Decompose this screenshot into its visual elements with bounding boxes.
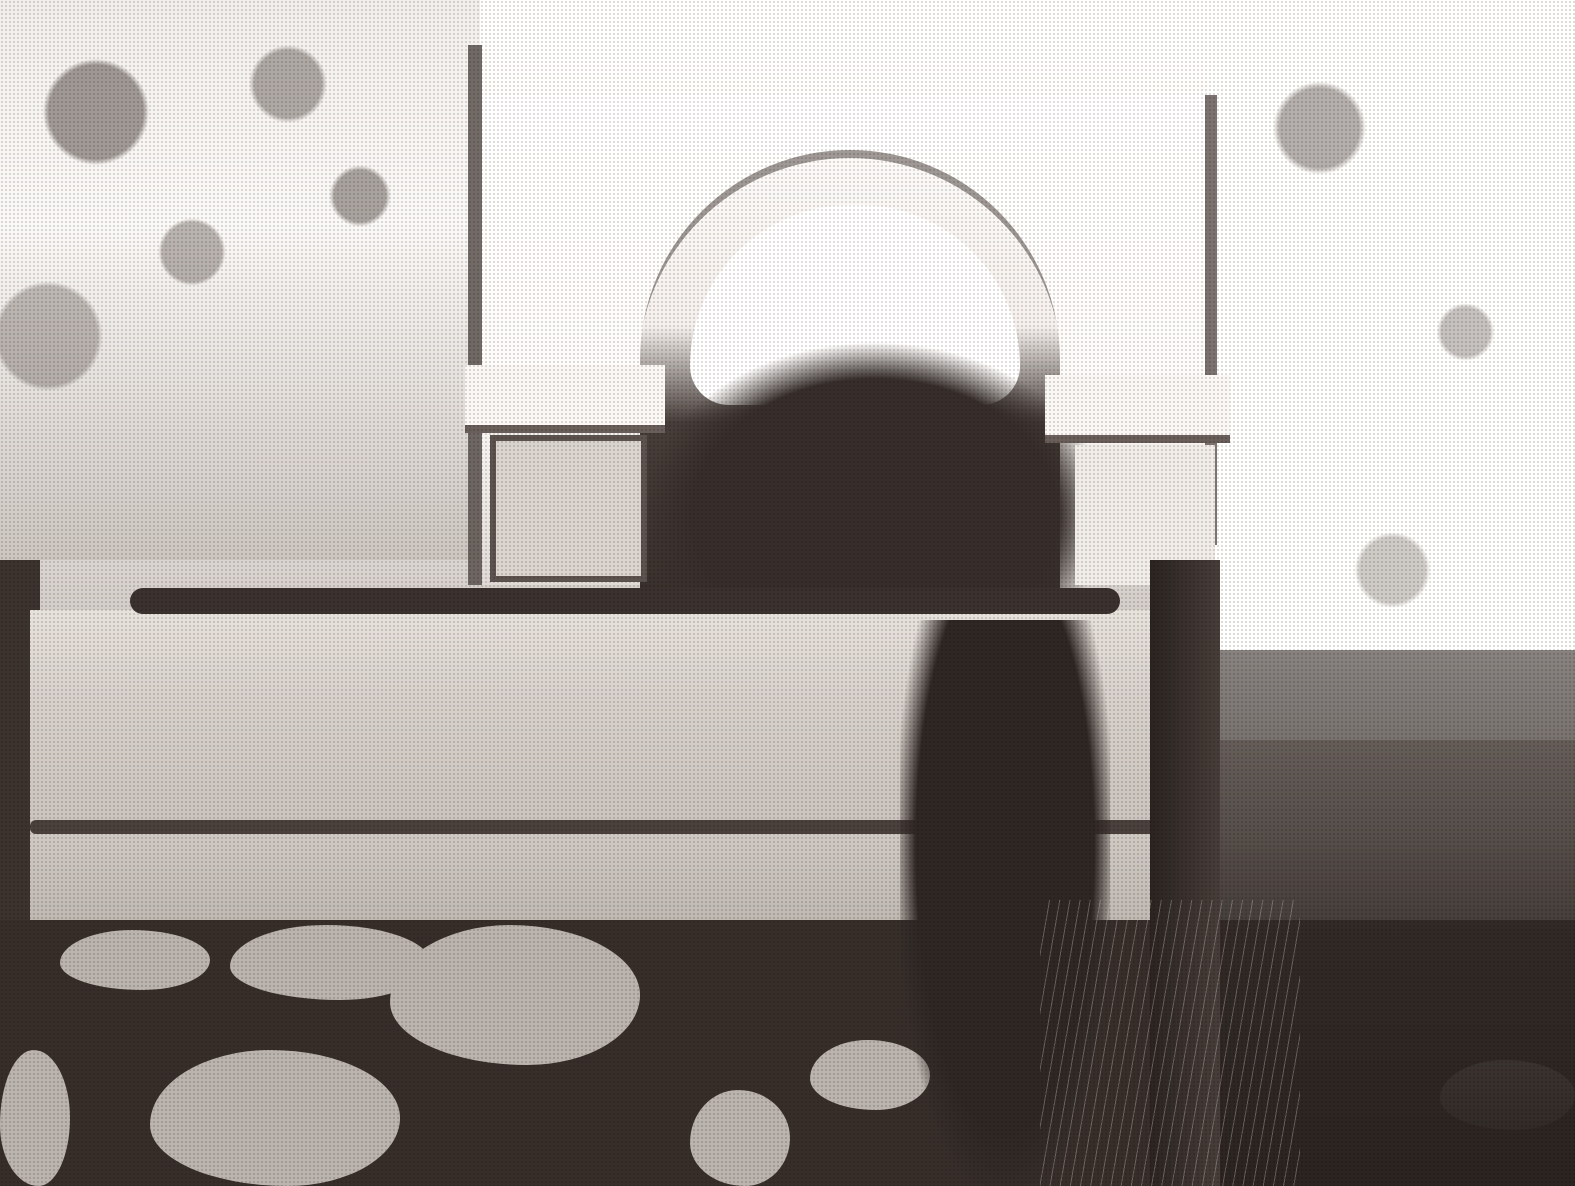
rock bbox=[0, 1050, 70, 1186]
impost-block-left bbox=[465, 365, 665, 433]
facade-edge-left bbox=[468, 45, 482, 585]
rock bbox=[690, 1090, 790, 1186]
photograph bbox=[0, 0, 1575, 1186]
impost-block-right bbox=[1045, 375, 1230, 443]
dark-foliage bbox=[640, 340, 1110, 590]
rock bbox=[390, 925, 640, 1065]
niche-left bbox=[490, 435, 647, 582]
basin-lip bbox=[130, 588, 1120, 614]
tall-grass bbox=[1040, 900, 1300, 1186]
stone-wall-left bbox=[0, 0, 480, 560]
rock bbox=[60, 930, 210, 990]
rock bbox=[150, 1050, 400, 1186]
stone-wall-right bbox=[1210, 60, 1575, 740]
